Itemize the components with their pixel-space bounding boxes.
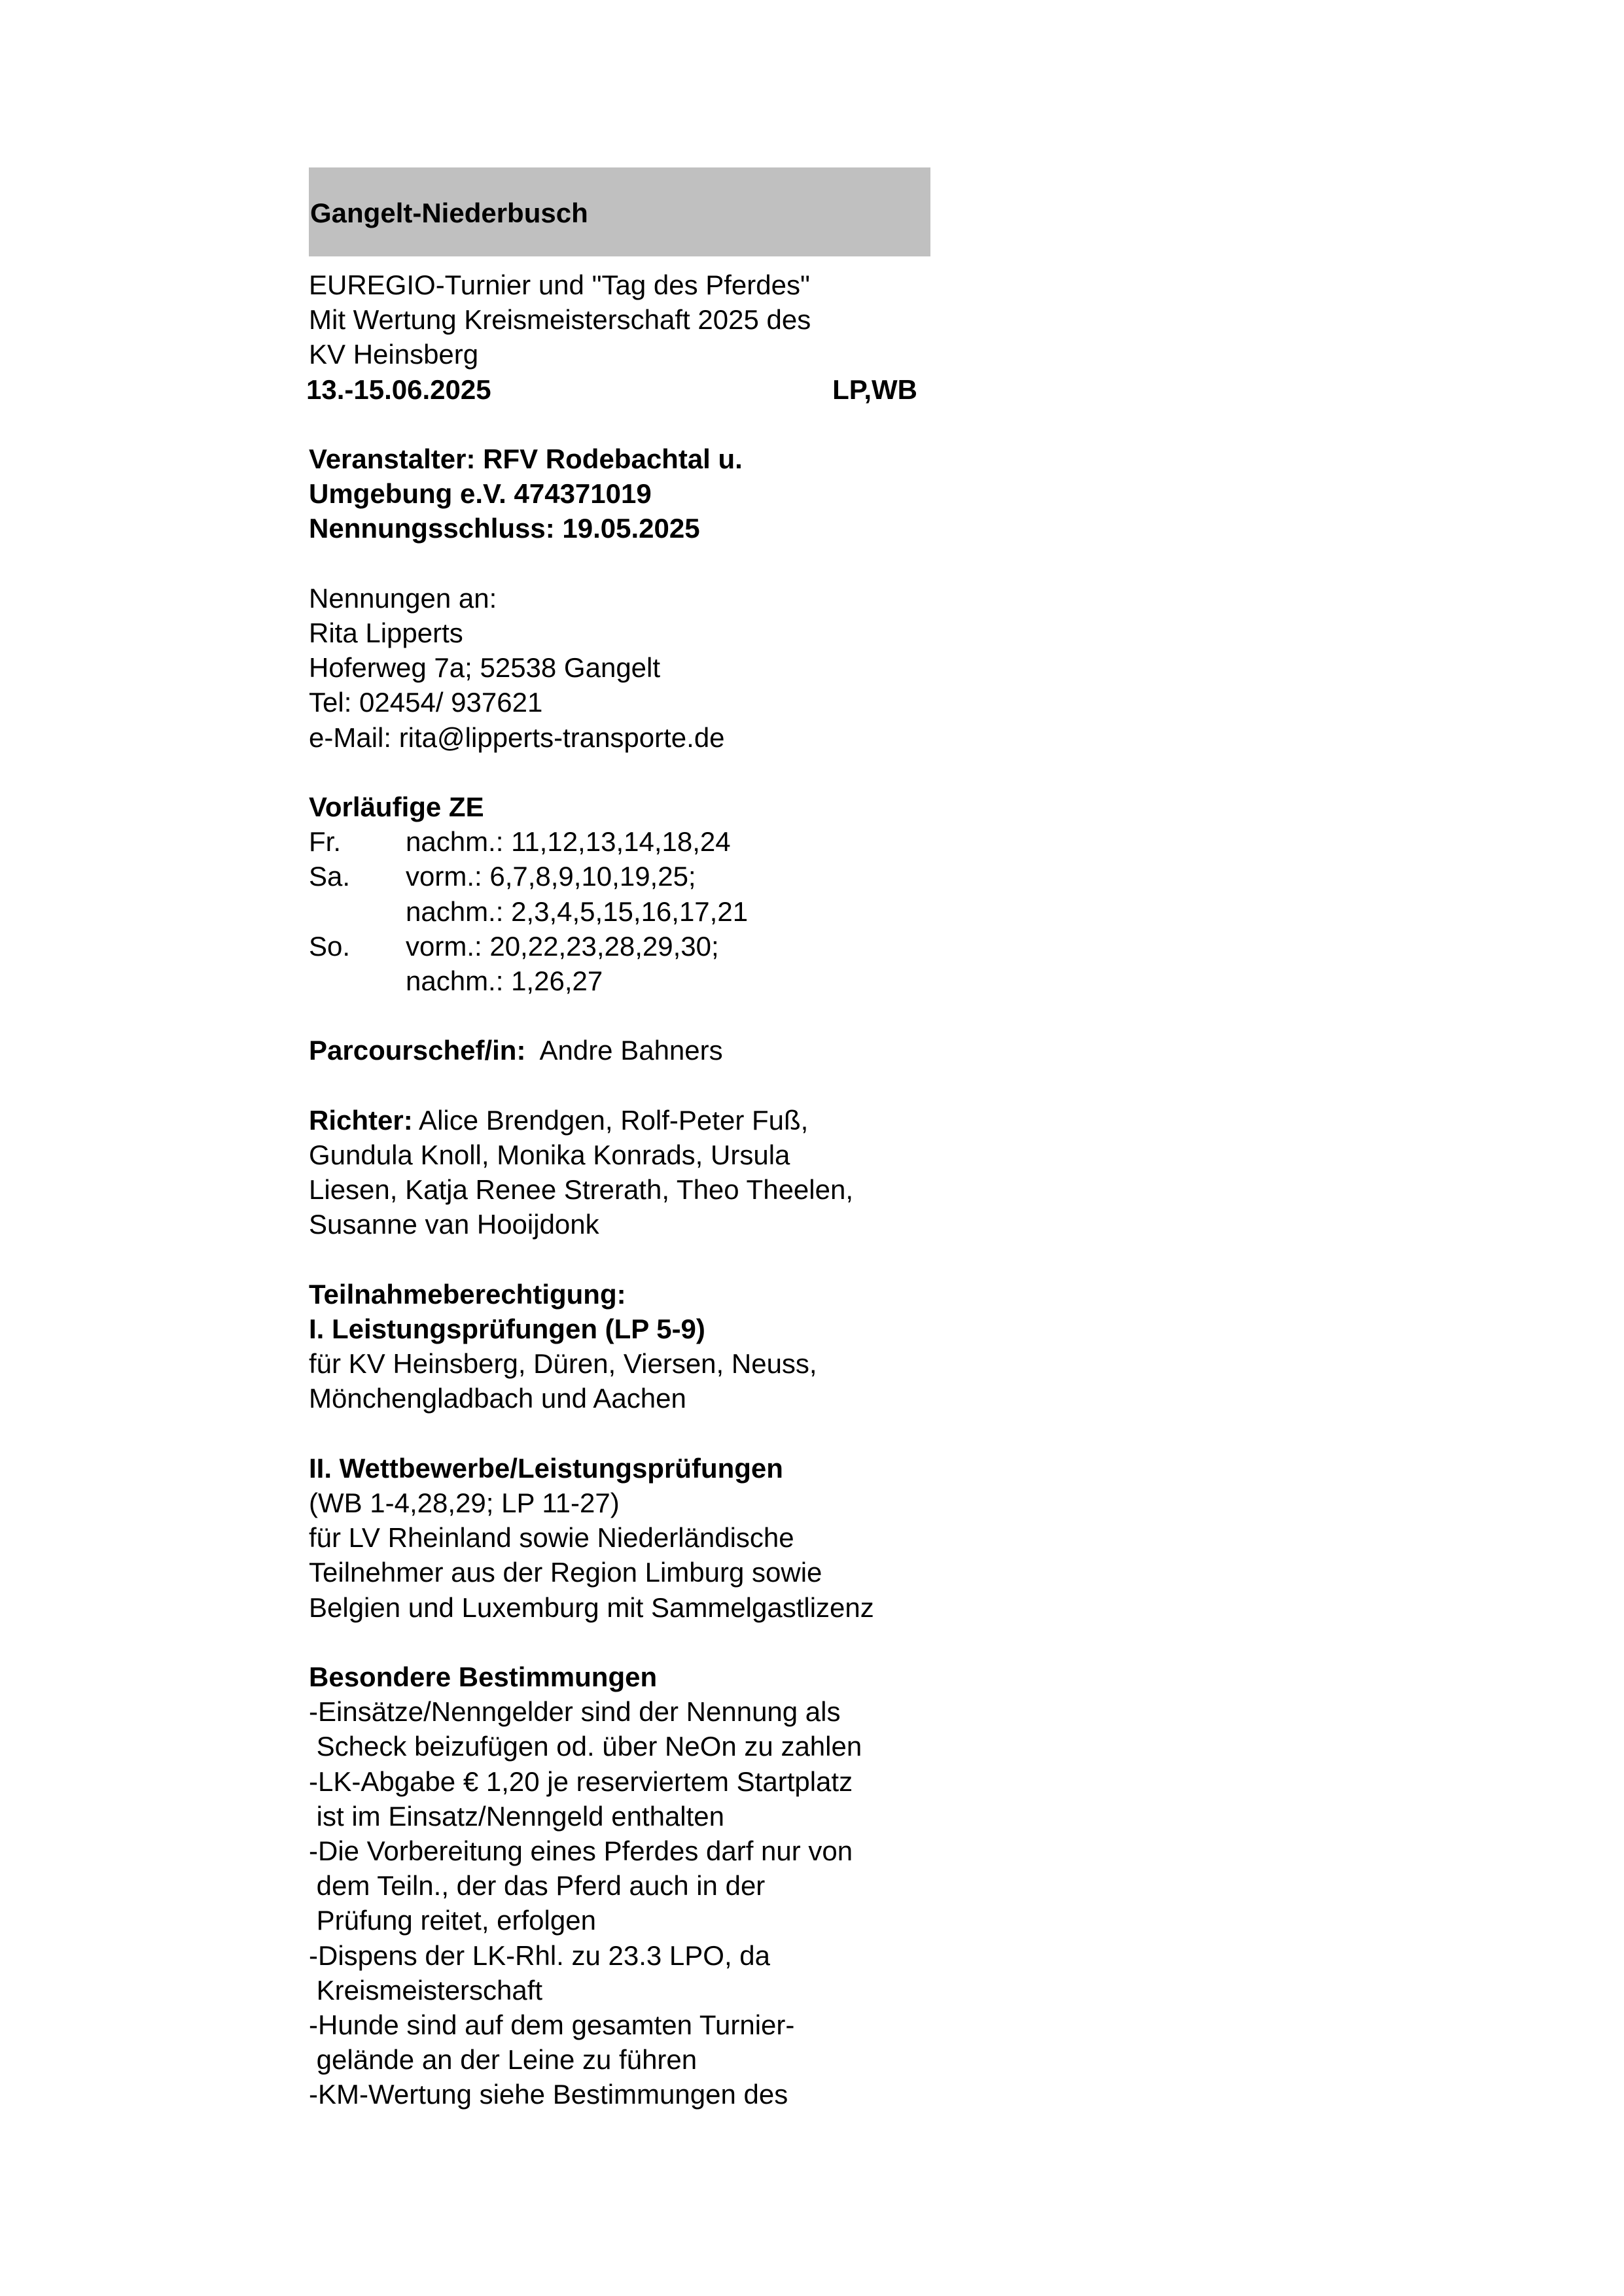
schedule-row: So. vorm.: 20,22,23,28,29,30; xyxy=(309,929,930,964)
contact-address: Hoferweg 7a; 52538 Gangelt xyxy=(309,650,930,685)
special-rule-line: -Dispens der LK-Rhl. zu 23.3 LPO, da xyxy=(309,1938,930,1973)
eligibility-section-2-title: II. Wettbewerbe/Leistungsprüfungen xyxy=(309,1451,930,1486)
entries-contact-block: Nennungen an: Rita Lipperts Hoferweg 7a;… xyxy=(309,581,930,755)
location-header-bar: Gangelt-Niederbusch xyxy=(309,167,930,256)
judges-block: Richter: Alice Brendgen, Rolf-Peter Fuß,… xyxy=(309,1103,930,1242)
location-title: Gangelt-Niederbusch xyxy=(310,198,588,229)
special-rule-line: dem Teiln., der das Pferd auch in der xyxy=(309,1868,930,1903)
course-designer-name: Andre Bahners xyxy=(525,1035,722,1066)
eligibility-section-2-text: Belgien und Luxemburg mit Sammelgastlize… xyxy=(309,1590,930,1625)
schedule-classes: vorm.: 6,7,8,9,10,19,25; xyxy=(406,859,696,894)
special-rule-line: ist im Einsatz/Nenngeld enthalten xyxy=(309,1799,930,1834)
schedule-row: Sa. vorm.: 6,7,8,9,10,19,25; xyxy=(309,859,930,894)
eligibility-section-2-text: Teilnehmer aus der Region Limburg sowie xyxy=(309,1555,930,1590)
event-description: EUREGIO-Turnier und "Tag des Pferdes" Mi… xyxy=(309,268,930,2112)
schedule-row: nachm.: 2,3,4,5,15,16,17,21 xyxy=(309,894,930,929)
entries-label: Nennungen an: xyxy=(309,581,930,616)
special-rule-line: -LK-Abgabe € 1,20 je reserviertem Startp… xyxy=(309,1764,930,1799)
eligibility-section-1-title: I. Leistungsprüfungen (LP 5-9) xyxy=(309,1312,930,1346)
special-rule-line: -Einsätze/Nenngelder sind der Nennung al… xyxy=(309,1694,930,1729)
schedule-classes: nachm.: 2,3,4,5,15,16,17,21 xyxy=(406,894,748,929)
document-page: Gangelt-Niederbusch EUREGIO-Turnier und … xyxy=(309,167,930,2112)
special-rule-line: -KM-Wertung siehe Bestimmungen des xyxy=(309,2077,930,2112)
event-line: KV Heinsberg xyxy=(309,337,930,372)
organizer-line: Umgebung e.V. 474371019 xyxy=(309,476,930,511)
schedule-day xyxy=(309,894,406,929)
judges-names: Gundula Knoll, Monika Konrads, Ursula xyxy=(309,1138,930,1172)
course-designer-label: Parcourschef/in: xyxy=(309,1035,525,1066)
eligibility-section-1-text: Mönchengladbach und Aachen xyxy=(309,1381,930,1416)
eligibility-block: Teilnahmeberechtigung: I. Leistungsprüfu… xyxy=(309,1277,930,1625)
contact-phone: Tel: 02454/ 937621 xyxy=(309,685,930,720)
schedule-title: Vorläufige ZE xyxy=(309,790,930,824)
schedule-classes: nachm.: 1,26,27 xyxy=(406,964,603,998)
special-rule-line: Prüfung reitet, erfolgen xyxy=(309,1903,930,1938)
judges-names: Liesen, Katja Renee Strerath, Theo Theel… xyxy=(309,1172,930,1207)
schedule-day: So. xyxy=(309,929,406,964)
judges-names: Alice Brendgen, Rolf-Peter Fuß, xyxy=(413,1105,809,1136)
course-designer-line: Parcourschef/in: Andre Bahners xyxy=(309,1033,930,1068)
special-rule-line: Scheck beizufügen od. über NeOn zu zahle… xyxy=(309,1729,930,1764)
event-line: EUREGIO-Turnier und "Tag des Pferdes" xyxy=(309,268,930,302)
judges-label: Richter: xyxy=(309,1105,413,1136)
schedule-block: Vorläufige ZE Fr. nachm.: 11,12,13,14,18… xyxy=(309,790,930,998)
schedule-day: Fr. xyxy=(309,824,406,859)
special-rule-line: Kreismeisterschaft xyxy=(309,1973,930,2008)
schedule-classes: nachm.: 11,12,13,14,18,24 xyxy=(406,824,731,859)
event-date: 13.-15.06.2025 xyxy=(306,372,491,407)
judges-line: Richter: Alice Brendgen, Rolf-Peter Fuß, xyxy=(309,1103,930,1138)
event-date-row: 13.-15.06.2025 LP,WB xyxy=(306,372,917,407)
schedule-row: nachm.: 1,26,27 xyxy=(309,964,930,998)
eligibility-section-2-text: (WB 1-4,28,29; LP 11-27) xyxy=(309,1486,930,1520)
organizer-line: Veranstalter: RFV Rodebachtal u. xyxy=(309,442,930,476)
schedule-day: Sa. xyxy=(309,859,406,894)
event-categories: LP,WB xyxy=(832,372,917,407)
special-rule-line: -Hunde sind auf dem gesamten Turnier- xyxy=(309,2008,930,2042)
contact-email: e-Mail: rita@lipperts-transporte.de xyxy=(309,720,930,755)
special-rules-title: Besondere Bestimmungen xyxy=(309,1660,930,1694)
judges-names: Susanne van Hooijdonk xyxy=(309,1207,930,1242)
schedule-row: Fr. nachm.: 11,12,13,14,18,24 xyxy=(309,824,930,859)
entry-deadline: Nennungsschluss: 19.05.2025 xyxy=(309,511,930,546)
event-line: Mit Wertung Kreismeisterschaft 2025 des xyxy=(309,302,930,337)
special-rule-line: gelände an der Leine zu führen xyxy=(309,2042,930,2077)
eligibility-section-1-text: für KV Heinsberg, Düren, Viersen, Neuss, xyxy=(309,1346,930,1381)
contact-name: Rita Lipperts xyxy=(309,616,930,650)
organizer-block: Veranstalter: RFV Rodebachtal u. Umgebun… xyxy=(309,442,930,546)
schedule-classes: vorm.: 20,22,23,28,29,30; xyxy=(406,929,719,964)
eligibility-section-2-text: für LV Rheinland sowie Niederländische xyxy=(309,1520,930,1555)
special-rule-line: -Die Vorbereitung eines Pferdes darf nur… xyxy=(309,1834,930,1868)
schedule-day xyxy=(309,964,406,998)
special-rules-block: Besondere Bestimmungen -Einsätze/Nenngel… xyxy=(309,1660,930,2112)
eligibility-title: Teilnahmeberechtigung: xyxy=(309,1277,930,1312)
